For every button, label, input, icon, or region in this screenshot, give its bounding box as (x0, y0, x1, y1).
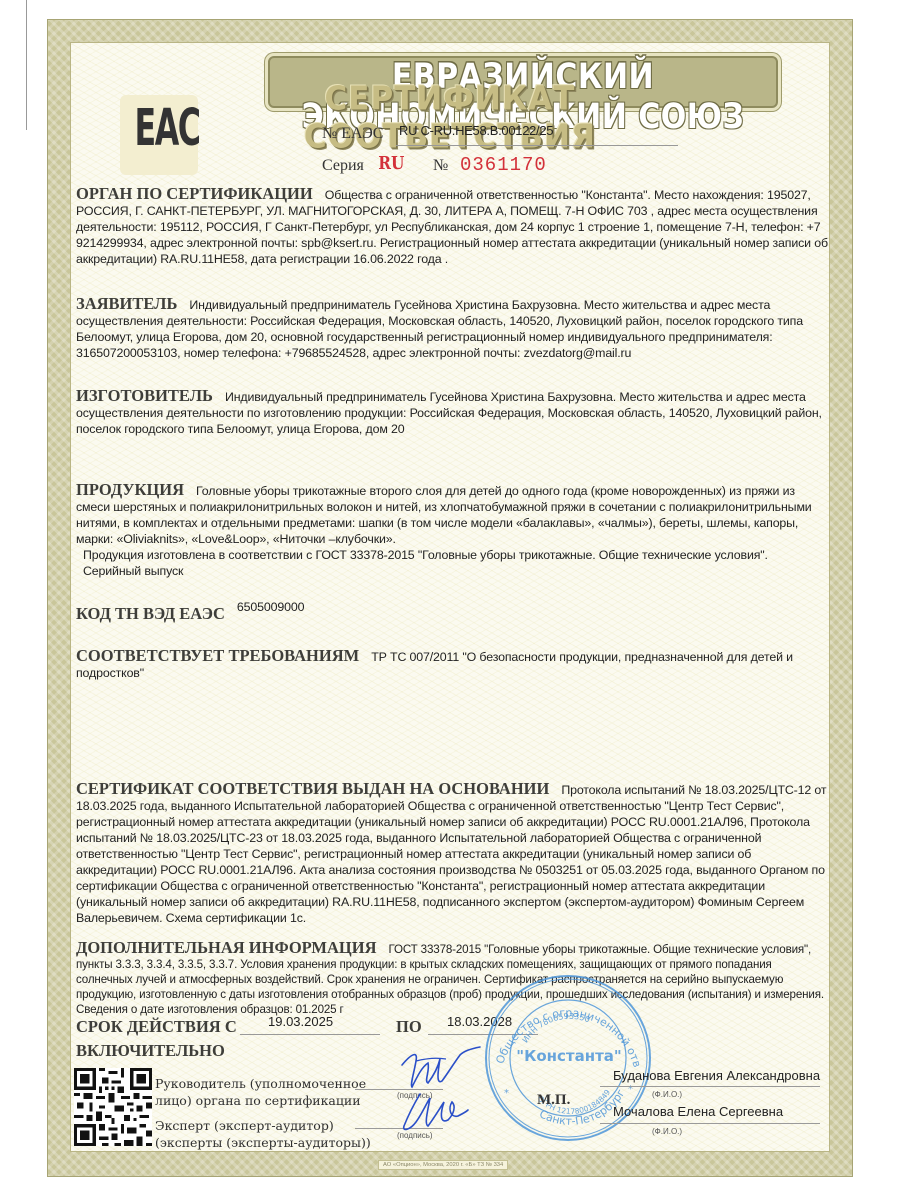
section-title: ДОПОЛНИТЕЛЬНАЯ ИНФОРМАЦИЯ (76, 938, 377, 957)
expert-name-caption: (Ф.И.О.) (652, 1127, 682, 1136)
qr-code-icon[interactable] (74, 1068, 152, 1146)
expert-label-line-2: (эксперты (эксперты-аудиторы)) (155, 1134, 371, 1151)
section-hs-code: КОД ТН ВЭД ЕАЭС6505009000 (76, 606, 828, 623)
series-label: Серия (322, 157, 364, 175)
section-title: СООТВЕТСТВУЕТ ТРЕБОВАНИЯМ (76, 646, 359, 665)
validity-inclusive-label: ВКЛЮЧИТЕЛЬНО (76, 1039, 237, 1063)
product-release-type: Серийный выпуск (76, 563, 828, 579)
validity-from-label: СРОК ДЕЙСТВИЯ С (76, 1015, 237, 1039)
serial-label: № (433, 157, 448, 175)
printer-imprint: АО «Опцион», Москва, 2020 г. «Б» ТЗ № 33… (378, 1160, 508, 1170)
expert-signatory-label: Эксперт (эксперт-аудитор) (эксперты (экс… (155, 1117, 371, 1151)
section-title: ЗАЯВИТЕЛЬ (76, 294, 177, 313)
section-text: Головные уборы трикотажные второго слоя … (76, 484, 812, 546)
section-certification-body: ОРГАН ПО СЕРТИФИКАЦИИОбщества с ограниче… (76, 186, 828, 267)
valid-from-underline (240, 1034, 380, 1035)
svg-text:*: * (504, 1088, 509, 1099)
scan-edge-line (26, 0, 27, 130)
cert-number: RU C-RU.НЕ58.В.00122/25 (399, 123, 553, 138)
cert-number-underline (396, 145, 678, 146)
section-manufacturer: ИЗГОТОВИТЕЛЬИндивидуальный предпринимате… (76, 388, 828, 437)
section-title: КОД ТН ВЭД ЕАЭС (76, 604, 225, 623)
section-text: Протокола испытаний № 18.03.2025/ЦТС-12 … (76, 783, 826, 925)
section-additional-info: ДОПОЛНИТЕЛЬНАЯ ИНФОРМАЦИЯГОСТ 33378-2015… (76, 940, 828, 1017)
head-signatory-name: Буданова Евгения Александровна (613, 1068, 820, 1083)
cert-number-label: № ЕАЭС (322, 125, 383, 143)
svg-text:"Константа": "Константа" (516, 1047, 621, 1065)
section-product: ПРОДУКЦИЯГоловные уборы трикотажные втор… (76, 482, 828, 579)
seal-stamp-icon: Общество с ограниченной ответственностью… (478, 968, 658, 1148)
section-title: ОРГАН ПО СЕРТИФИКАЦИИ (76, 184, 313, 203)
head-name-caption: (Ф.И.О.) (652, 1090, 682, 1099)
section-applicant: ЗАЯВИТЕЛЬИндивидуальный предприниматель … (76, 296, 828, 361)
serial-number: 0361170 (460, 154, 547, 176)
head-name-line (600, 1086, 820, 1087)
head-signature-icon (394, 1045, 484, 1095)
eac-logo-icon: EAC (135, 99, 184, 158)
section-title: СЕРТИФИКАТ СООТВЕТСТВИЯ ВЫДАН НА ОСНОВАН… (76, 779, 549, 798)
section-title: ПРОДУКЦИЯ (76, 480, 184, 499)
product-standard: Продукция изготовлена в соответствии с Г… (76, 547, 828, 563)
expert-name-line (600, 1123, 820, 1124)
head-label-line-1: Руководитель (уполномоченное (155, 1075, 366, 1092)
section-conformity: СООТВЕТСТВУЕТ ТРЕБОВАНИЯМТР ТС 007/2011 … (76, 648, 828, 681)
expert-signatory-name: Мочалова Елена Сергеевна (613, 1104, 783, 1119)
seal-place-label: М.П. (537, 1092, 570, 1109)
section-title: ИЗГОТОВИТЕЛЬ (76, 386, 213, 405)
section-text: Индивидуальный предприниматель Гусейнова… (76, 298, 803, 360)
valid-from-date: 19.03.2025 (268, 1014, 333, 1029)
expert-signature-icon (400, 1090, 470, 1138)
section-issue-basis: СЕРТИФИКАТ СООТВЕТСТВИЯ ВЫДАН НА ОСНОВАН… (76, 781, 828, 926)
valid-to-label: ПО (396, 1017, 422, 1037)
head-signatory-label: Руководитель (уполномоченное лицо) орган… (155, 1075, 366, 1109)
hs-code-value: 6505009000 (237, 600, 304, 614)
head-label-line-2: лицо) органа по сертификации (155, 1092, 366, 1109)
series-value: RU (378, 153, 404, 174)
validity-label: СРОК ДЕЙСТВИЯ С ВКЛЮЧИТЕЛЬНО (76, 1015, 237, 1063)
expert-label-line-1: Эксперт (эксперт-аудитор) (155, 1117, 371, 1134)
